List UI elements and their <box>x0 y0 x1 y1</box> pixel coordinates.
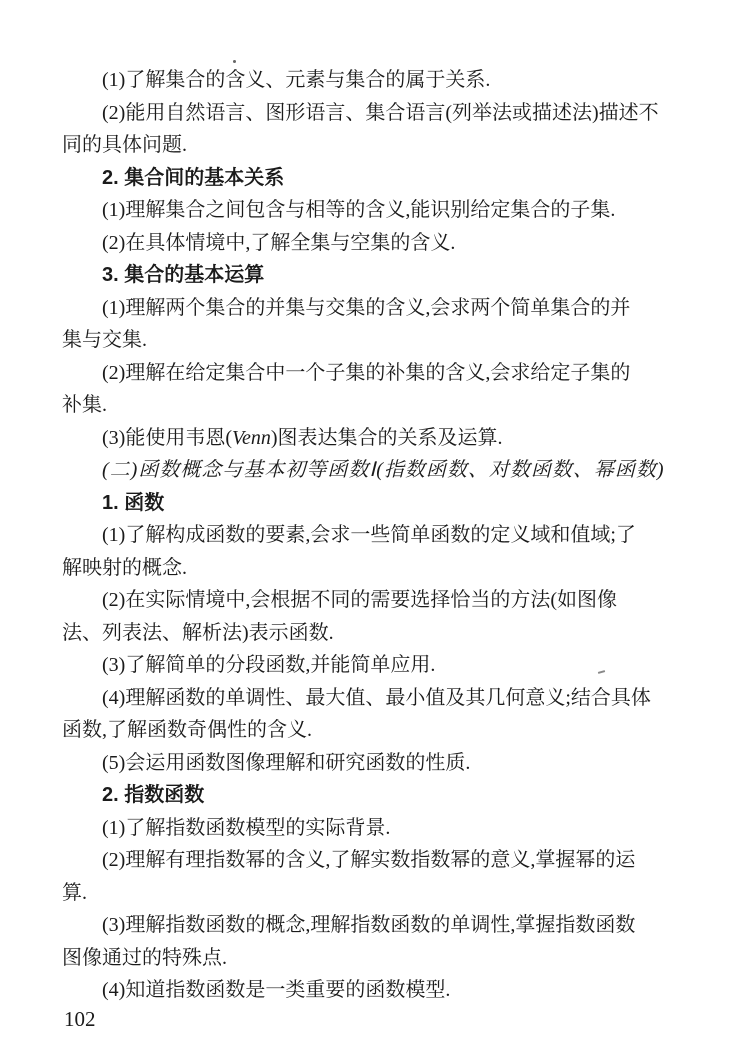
paragraph: (1)理解两个集合的并集与交集的含义,会求两个简单集合的并 集与交集. <box>62 292 714 357</box>
paragraph: (2)理解在给定集合中一个子集的补集的含义,会求给定子集的 补集. <box>62 357 714 422</box>
page-number: 102 <box>64 1004 96 1034</box>
section-heading: 2. 指数函数 <box>62 779 714 812</box>
venn-word: Venn <box>232 427 271 449</box>
paragraph: (2)能用自然语言、图形语言、集合语言(列举法或描述法)描述不 同的具体问题. <box>62 97 714 162</box>
paragraph: (5)会运用函数图像理解和研究函数的性质. <box>62 747 714 780</box>
scan-artifact-dot <box>233 60 236 63</box>
paragraph: (3)能使用韦恩(Venn)图表达集合的关系及运算. <box>62 422 714 455</box>
paragraph: (1)理解集合之间包含与相等的含义,能识别给定集合的子集. <box>62 194 714 227</box>
section-heading: 2. 集合间的基本关系 <box>62 162 714 195</box>
paragraph: (1)了解构成函数的要素,会求一些简单函数的定义域和值域;了 解映射的概念. <box>62 519 714 584</box>
paragraph: (1)了解指数函数模型的实际背景. <box>62 812 714 845</box>
paragraph: (3)了解简单的分段函数,并能简单应用. <box>62 649 714 682</box>
section-heading: 1. 函数 <box>62 487 714 520</box>
paragraph-text: (3)能使用韦恩( <box>102 427 232 449</box>
paragraph: (3)理解指数函数的概念,理解指数函数的单调性,掌握指数函数 图像通过的特殊点. <box>62 909 714 974</box>
paragraph: (1)了解集合的含义、元素与集合的属于关系. <box>62 64 714 97</box>
section-heading: 3. 集合的基本运算 <box>62 259 714 292</box>
paragraph-text: )图表达集合的关系及运算. <box>271 427 503 449</box>
subsection-title: (二)函数概念与基本初等函数Ⅰ(指数函数、对数函数、幂函数) <box>62 454 714 487</box>
paragraph: (2)在实际情境中,会根据不同的需要选择恰当的方法(如图像 法、列表法、解析法)… <box>62 584 714 649</box>
paragraph: (4)理解函数的单调性、最大值、最小值及其几何意义;结合具体 函数,了解函数奇偶… <box>62 682 714 747</box>
paragraph: (2)理解有理指数幂的含义,了解实数指数幂的意义,掌握幂的运 算. <box>62 844 714 909</box>
paragraph: (4)知道指数函数是一类重要的函数模型. <box>62 974 714 1007</box>
paragraph: (2)在具体情境中,了解全集与空集的含义. <box>62 227 714 260</box>
page-text-block: (1)了解集合的含义、元素与集合的属于关系.(2)能用自然语言、图形语言、集合语… <box>62 64 714 1007</box>
